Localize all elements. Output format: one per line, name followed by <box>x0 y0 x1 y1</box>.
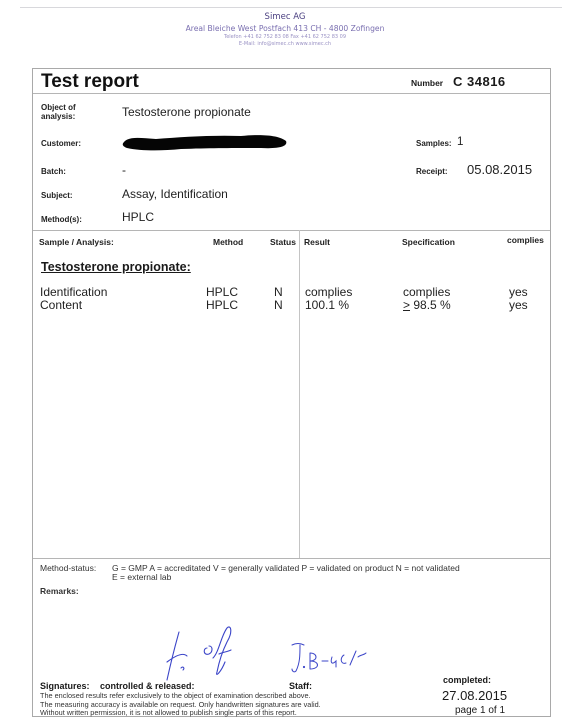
company-name: Simec AG <box>0 12 570 22</box>
row-method: HPLC <box>206 299 238 312</box>
object-value: Testosterone propionate <box>122 105 251 119</box>
row-specification: > 98.5 % <box>403 299 451 312</box>
completed-date: 27.08.2015 <box>442 688 507 703</box>
receipt-value: 05.08.2015 <box>467 162 532 177</box>
col-header-specification: Specification <box>402 237 455 247</box>
receipt-label: Receipt: <box>416 167 448 176</box>
section-title: Testosterone propionate: <box>41 260 191 274</box>
report-title: Test report <box>41 71 139 93</box>
row-analysis: Content <box>40 299 82 312</box>
staff-label: Staff: <box>289 681 312 691</box>
controlled-released-label: controlled & released: <box>100 681 195 691</box>
methods-value: HPLC <box>122 210 154 224</box>
signatures-label: Signatures: <box>40 681 90 691</box>
samples-label: Samples: <box>416 139 452 148</box>
redaction-mark <box>121 132 288 152</box>
batch-value: - <box>122 163 126 177</box>
methods-label: Method(s): <box>41 215 82 224</box>
disclaimer-line: Without written permission, it is not al… <box>40 709 321 718</box>
row-status: N <box>274 299 283 312</box>
page-top-rule <box>20 7 562 8</box>
subject-value: Assay, Identification <box>122 187 228 201</box>
disclaimer: The enclosed results refer exclusively t… <box>40 692 321 718</box>
object-label: Object of analysis: <box>41 103 101 121</box>
samples-value: 1 <box>457 136 463 148</box>
col-header-complies: complies <box>507 235 544 245</box>
method-status-label: Method-status: <box>40 564 96 574</box>
col-header-result: Result <box>304 237 330 247</box>
completed-label: completed: <box>443 675 491 685</box>
remarks-label: Remarks: <box>40 587 79 597</box>
spec-value: 98.5 % <box>410 298 451 312</box>
batch-label: Batch: <box>41 167 66 176</box>
signature-controlled <box>161 622 251 684</box>
divider <box>33 558 550 559</box>
report-number: C 34816 <box>453 74 506 89</box>
method-status-legend-line2: E = external lab <box>112 573 171 583</box>
report-number-label: Number <box>411 78 443 88</box>
company-contact: E-Mail: info@simec.ch www.simec.ch <box>0 41 570 47</box>
row-complies: yes <box>509 299 528 312</box>
company-phone: Telefon +41 62 752 83 08 Fax +41 62 752 … <box>0 34 570 40</box>
page-indicator: page 1 of 1 <box>455 705 505 716</box>
spec-gte-sign: > <box>403 298 410 312</box>
column-divider <box>299 230 300 558</box>
divider <box>33 93 550 94</box>
subject-label: Subject: <box>41 191 73 200</box>
signature-staff <box>288 641 368 675</box>
col-header-status: Status <box>270 237 296 247</box>
letterhead: Simec AG Areal Bleiche West Postfach 413… <box>0 12 570 47</box>
col-header-sample: Sample / Analysis: <box>39 237 114 247</box>
customer-label: Customer: <box>41 139 81 148</box>
company-address: Areal Bleiche West Postfach 413 CH - 480… <box>0 24 570 33</box>
report-frame: Test report Number C 34816 Object of ana… <box>32 68 551 717</box>
row-result: 100.1 % <box>305 299 349 312</box>
col-header-method: Method <box>213 237 243 247</box>
divider <box>33 230 550 231</box>
